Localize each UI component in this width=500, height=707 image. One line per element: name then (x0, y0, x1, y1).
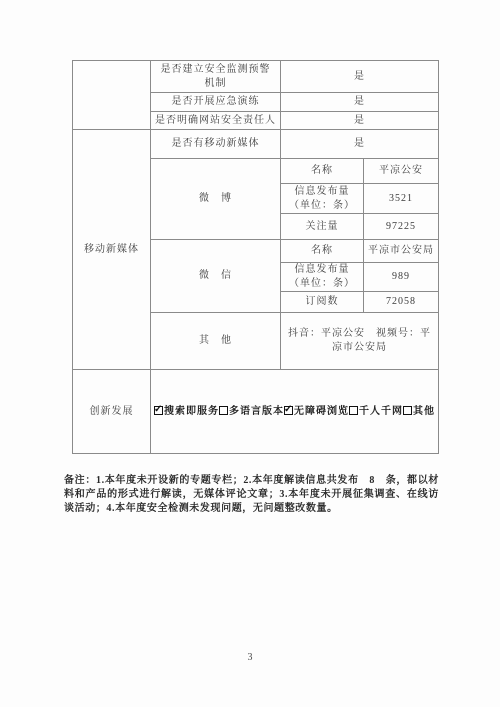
weibo-posts-label: 信息发布量 （单位：条） (281, 184, 364, 214)
innovation-option: 多语言版本 (219, 405, 284, 419)
question-security-responsible: 是否明确网站安全责任人 (151, 112, 281, 130)
innovation-option: 其他 (403, 405, 435, 419)
wechat-posts-value: 989 (364, 263, 439, 292)
question-emergency-drill: 是否开展应急演练 (151, 93, 281, 112)
innovation-option: 千人千网 (349, 405, 403, 419)
weibo-name-label: 名称 (281, 159, 364, 184)
wechat-posts-label: 信息发布量 （单位：条） (281, 263, 364, 292)
report-page: { "table": { "security": { "rows": [ { "… (0, 0, 500, 707)
question-has-mobile-media: 是否有移动新媒体 (151, 130, 281, 159)
remarks-paragraph: 备注：1.本年度未开设新的专题专栏；2.本年度解读信息共发布 8 条，都以材料和… (64, 474, 439, 516)
platform-cell-wechat: 微 信 (151, 240, 281, 313)
innovation-option-label: 无障碍浏览 (294, 406, 349, 417)
wechat-name-value: 平凉市公安局 (364, 240, 439, 263)
innovation-option-label: 其他 (413, 406, 435, 417)
table-row: 创新发展 搜索即服务 多语言版本 无障碍浏览 千人千网 其他 (73, 370, 439, 454)
checkbox-checked-icon (284, 406, 293, 415)
wechat-subscribers-label: 订阅数 (281, 292, 364, 313)
annual-report-table: 是否建立安全监测预警 机制 是 是否开展应急演练 是 是否明确网站安全责任人 是… (72, 60, 439, 454)
innovation-option-label: 搜索即服务 (164, 406, 219, 417)
weibo-followers-value: 97225 (364, 214, 439, 240)
group-cell-innovation: 创新发展 (73, 370, 151, 454)
checkbox-unchecked-icon (403, 406, 412, 415)
weibo-name-value: 平凉公安 (364, 159, 439, 184)
wechat-name-label: 名称 (281, 240, 364, 263)
answer-has-mobile-media: 是 (281, 130, 439, 159)
page-number: 3 (0, 652, 500, 663)
innovation-option: 搜索即服务 (154, 405, 219, 419)
answer-emergency-drill: 是 (281, 93, 439, 112)
weibo-followers-label: 关注量 (281, 214, 364, 240)
group-cell-mobile-media: 移动新媒体 (73, 130, 151, 370)
answer-security-responsible: 是 (281, 112, 439, 130)
table-row: 移动新媒体 是否有移动新媒体 是 (73, 130, 439, 159)
checkbox-checked-icon (154, 406, 163, 415)
other-platforms-value: 抖音：平凉公安 视频号：平凉市公安局 (281, 313, 439, 370)
innovation-options-cell: 搜索即服务 多语言版本 无障碍浏览 千人千网 其他 (151, 370, 439, 454)
answer-security-warning: 是 (281, 61, 439, 93)
innovation-option-label: 多语言版本 (229, 406, 284, 417)
innovation-option: 无障碍浏览 (284, 405, 349, 419)
checkbox-unchecked-icon (349, 406, 358, 415)
question-security-warning: 是否建立安全监测预警 机制 (151, 61, 281, 93)
wechat-subscribers-value: 72058 (364, 292, 439, 313)
group-cell-empty (73, 61, 151, 130)
platform-cell-weibo: 微 博 (151, 159, 281, 240)
platform-cell-other: 其 他 (151, 313, 281, 370)
table-row: 是否建立安全监测预警 机制 是 (73, 61, 439, 93)
weibo-posts-value: 3521 (364, 184, 439, 214)
checkbox-unchecked-icon (219, 406, 228, 415)
innovation-option-label: 千人千网 (359, 406, 403, 417)
